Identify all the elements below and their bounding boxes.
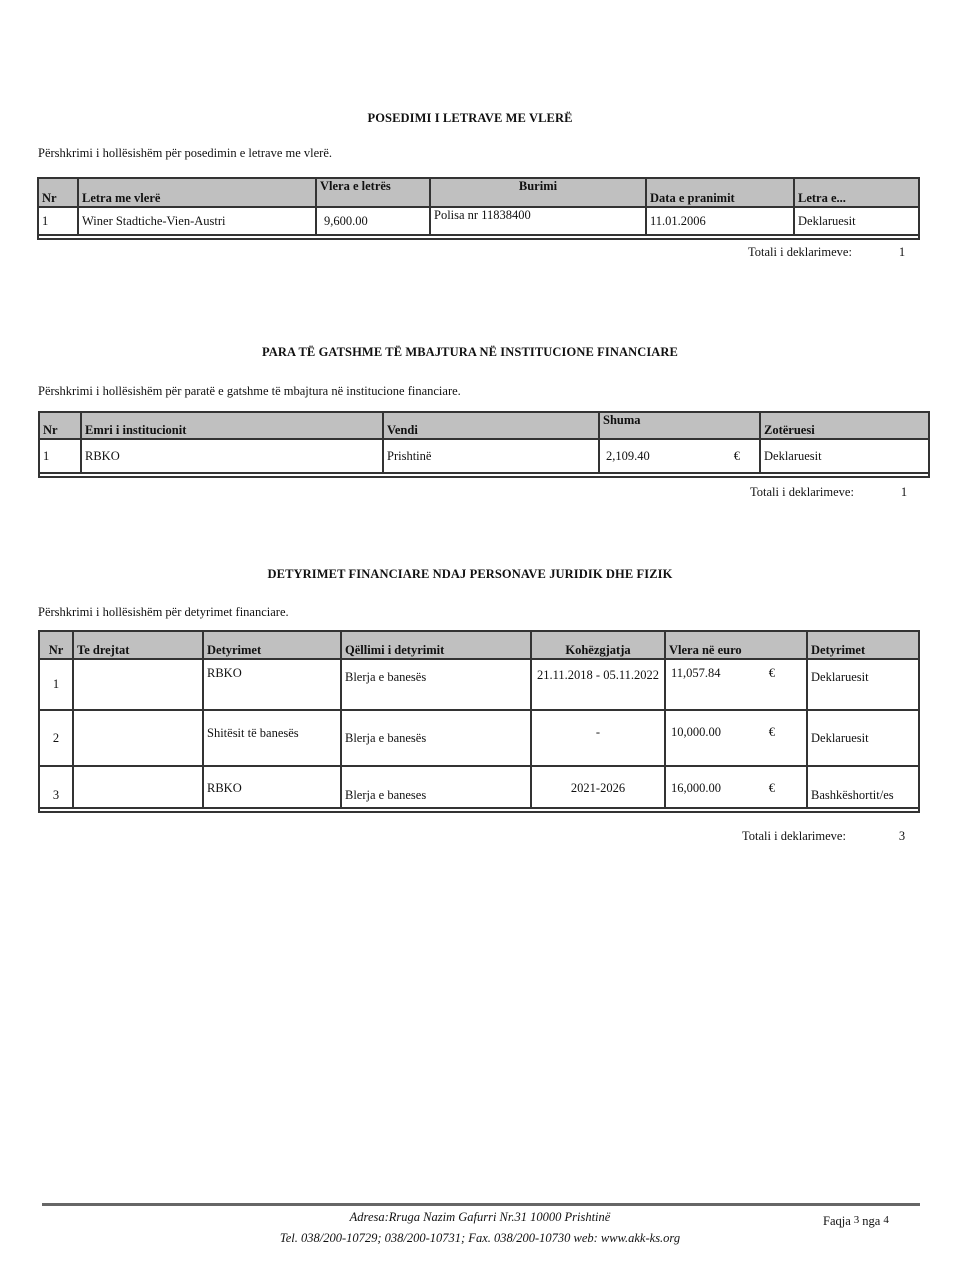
col-header-owner: Detyrimet: [807, 631, 919, 659]
section-title-cash: PARA TË GATSHME TË MBAJTURA NË INSTITUCI…: [0, 345, 940, 360]
col-header-date: Data e pranimit: [646, 178, 794, 207]
table-row: 2 Shitësit të banesës Blerja e banesës -…: [39, 710, 919, 766]
cell-owner: Deklaruesit: [807, 710, 919, 766]
footer-contacts: Tel. 038/200-10729; 038/200-10731; Fax. …: [0, 1231, 960, 1246]
page-label: Faqja: [823, 1214, 851, 1228]
total-securities: Totali i deklarimeve: 1: [748, 245, 905, 260]
table-row: 3 RBKO Blerja e baneses 2021-2026 16,000…: [39, 766, 919, 808]
page-total: 4: [880, 1214, 892, 1226]
cell-nr: 1: [39, 659, 73, 710]
amount-value: 2,109.40: [606, 449, 650, 463]
total-count: 1: [855, 245, 905, 260]
cell-purpose: Blerja e banesës: [341, 659, 531, 710]
footer-divider: [42, 1203, 920, 1206]
cell-value: 9,600.00: [316, 207, 430, 235]
cell-duration: -: [531, 710, 665, 766]
euro-icon: €: [734, 449, 740, 464]
cell-institution: RBKO: [81, 439, 383, 473]
table-row: 1 RBKO Prishtinë 2,109.40 € Deklaruesit: [39, 439, 929, 473]
total-label: Totali i deklarimeve:: [750, 485, 854, 499]
cell-owner: Deklaruesit: [760, 439, 929, 473]
col-header-owner: Zotëruesi: [760, 412, 929, 439]
cell-creditor: Shitësit të banesës: [203, 710, 341, 766]
cell-nr: 2: [39, 710, 73, 766]
section-title-liabilities: DETYRIMET FINANCIARE NDAJ PERSONAVE JURI…: [0, 567, 940, 582]
value-amount: 16,000.00: [671, 781, 721, 795]
col-header-place: Vendi: [383, 412, 599, 439]
liabilities-table: Nr Te drejtat Detyrimet Qëllimi i detyri…: [38, 630, 920, 813]
section-title-securities: POSEDIMI I LETRAVE ME VLERË: [0, 111, 940, 126]
cell-nr: 1: [39, 439, 81, 473]
table-row: 1 RBKO Blerja e banesës 21.11.2018 - 05.…: [39, 659, 919, 710]
euro-icon: €: [769, 781, 775, 796]
col-header-value: Vlera e letrës: [316, 178, 430, 207]
total-count: 3: [849, 829, 905, 844]
cell-value: 16,000.00 €: [665, 766, 807, 808]
footer-address: Adresa:Rruga Nazim Gafurri Nr.31 10000 P…: [0, 1210, 960, 1225]
cell-owner: Deklaruesit: [807, 659, 919, 710]
col-header-value-euro: Vlera në euro: [665, 631, 807, 659]
table-bottom-rule: [39, 808, 919, 812]
col-header-nr: Nr: [39, 631, 73, 659]
cell-nr: 3: [39, 766, 73, 808]
cell-nr: 1: [38, 207, 78, 235]
page-current: 3: [851, 1214, 863, 1226]
page-number: Faqja3nga4: [823, 1214, 892, 1229]
cell-creditor: RBKO: [203, 766, 341, 808]
col-header-security: Letra me vlerë: [78, 178, 316, 207]
section-description-liabilities: Përshkrimi i hollësishëm për detyrimet f…: [38, 605, 289, 620]
cell-date: 11.01.2006: [646, 207, 794, 235]
value-amount: 11,057.84: [671, 666, 721, 680]
col-header-nr: Nr: [39, 412, 81, 439]
cell-duration: 2021-2026: [531, 766, 665, 808]
total-liabilities: Totali i deklarimeve: 3: [742, 829, 905, 844]
cell-rights: [73, 766, 203, 808]
col-header-purpose: Qëllimi i detyrimit: [341, 631, 531, 659]
cell-owner: Deklaruesit: [794, 207, 919, 235]
col-header-rights: Te drejtat: [73, 631, 203, 659]
euro-icon: €: [769, 725, 775, 740]
page-of: nga: [862, 1214, 880, 1228]
cash-table: Nr Emri i institucionit Vendi Shuma Zotë…: [38, 411, 930, 478]
cell-owner: Bashkëshortit/es: [807, 766, 919, 808]
value-amount: 10,000.00: [671, 725, 721, 739]
col-header-nr: Nr: [38, 178, 78, 207]
table-bottom-rule: [38, 235, 919, 239]
cell-duration: 21.11.2018 - 05.11.2022: [531, 659, 665, 710]
section-description-securities: Përshkrimi i hollësishëm për posedimin e…: [38, 146, 332, 161]
cell-rights: [73, 710, 203, 766]
col-header-institution: Emri i institucionit: [81, 412, 383, 439]
col-header-amount: Shuma: [599, 412, 760, 439]
cell-value: 10,000.00 €: [665, 710, 807, 766]
total-label: Totali i deklarimeve:: [748, 245, 852, 259]
cell-source: Polisa nr 11838400: [430, 207, 646, 235]
cell-purpose: Blerja e baneses: [341, 766, 531, 808]
col-header-source: Burimi: [430, 178, 646, 207]
col-header-owner: Letra e...: [794, 178, 919, 207]
col-header-duration: Kohëzgjatja: [531, 631, 665, 659]
document-page: POSEDIMI I LETRAVE ME VLERË Përshkrimi i…: [0, 0, 980, 1271]
cell-security-name: Winer Stadtiche-Vien-Austri: [78, 207, 316, 235]
cell-place: Prishtinë: [383, 439, 599, 473]
total-label: Totali i deklarimeve:: [742, 829, 846, 843]
col-header-creditor: Detyrimet: [203, 631, 341, 659]
cell-amount: 2,109.40 €: [599, 439, 760, 473]
table-bottom-rule: [39, 473, 929, 477]
cell-value: 11,057.84 €: [665, 659, 807, 710]
cell-purpose: Blerja e banesës: [341, 710, 531, 766]
euro-icon: €: [769, 666, 775, 681]
section-description-cash: Përshkrimi i hollësishëm për paratë e ga…: [38, 384, 461, 399]
table-row: 1 Winer Stadtiche-Vien-Austri 9,600.00 P…: [38, 207, 919, 235]
cell-rights: [73, 659, 203, 710]
total-cash: Totali i deklarimeve: 1: [750, 485, 907, 500]
total-count: 1: [857, 485, 907, 500]
cell-creditor: RBKO: [203, 659, 341, 710]
securities-table: Nr Letra me vlerë Vlera e letrës Burimi …: [37, 177, 920, 240]
